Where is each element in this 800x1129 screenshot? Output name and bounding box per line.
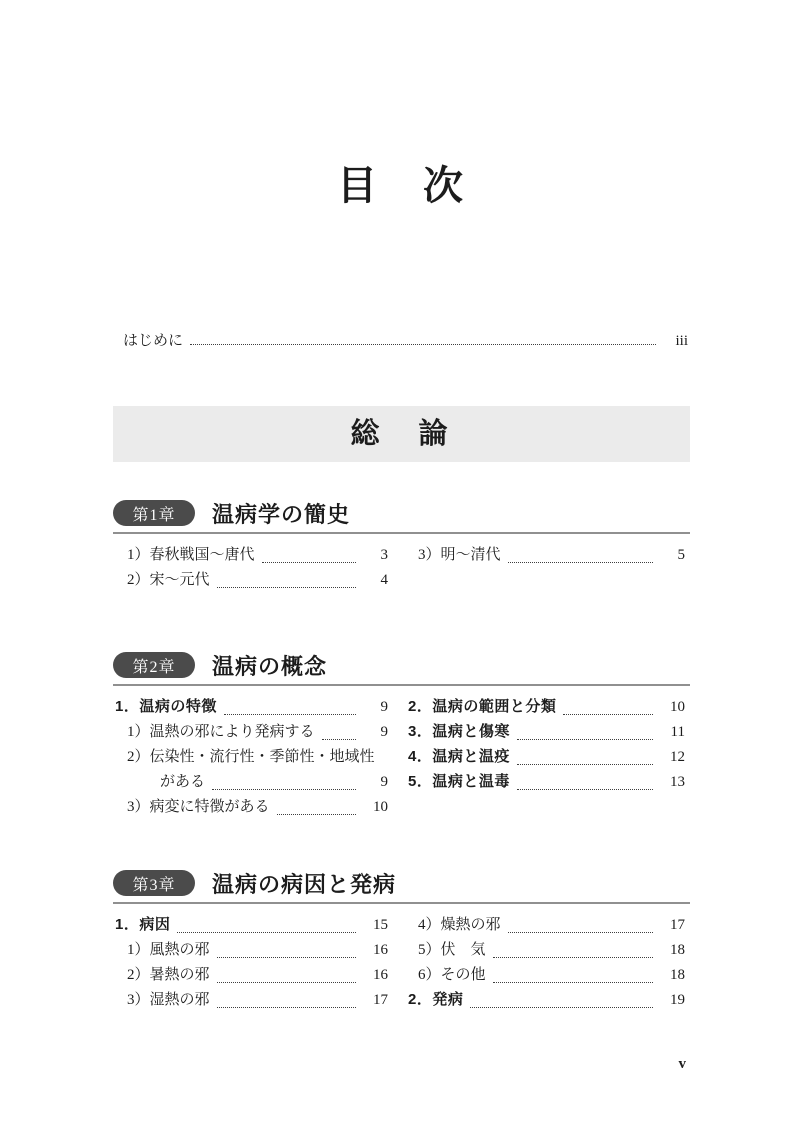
dotted-leader (217, 957, 356, 958)
toc-entry-page: 9 (362, 724, 388, 741)
toc-entry-page: 17 (362, 992, 388, 1009)
dotted-leader (277, 814, 356, 815)
dotted-leader (212, 789, 356, 790)
toc-entry-page: 17 (659, 917, 685, 934)
toc-entry-page: 19 (659, 992, 685, 1009)
toc-entry-page: 10 (362, 799, 388, 816)
entry-column-left: 1．温病の特徴 9 1）温熱の邪により発病する 9 2）伝染性・流行性・季節性・… (115, 695, 388, 820)
divider-line (113, 684, 690, 686)
chapter-badge: 第1章 (113, 500, 195, 526)
toc-entry-label: 2）宋～元代 (127, 568, 210, 589)
entry-column-left: 1）春秋戦国～唐代 3 2）宋～元代 4 (115, 543, 388, 593)
part-banner-title: 総 論 (350, 418, 452, 450)
entry-columns: 1．病因 15 1）風熱の邪 16 2）暑熱の邪 16 3）湿熱の邪 (113, 913, 690, 1013)
dotted-leader (262, 562, 356, 563)
chapter-section-3: 第3章 温病の病因と発病 1．病因 15 1）風熱の邪 16 2）暑熱の邪 (113, 869, 690, 1013)
dotted-leader (224, 714, 356, 715)
toc-entry-page: 10 (659, 699, 685, 716)
toc-entry-label: 4．温病と温疫 (408, 745, 510, 766)
toc-entry: 2．温病の範囲と分類 10 (408, 695, 685, 720)
dotted-leader (517, 789, 653, 790)
toc-entry: 4．温病と温疫 12 (408, 745, 685, 770)
toc-entry-page: 13 (659, 774, 685, 791)
entry-column-right: 3）明～清代 5 (408, 543, 685, 593)
toc-entry-label: 5）伏 気 (418, 938, 486, 959)
toc-page: 目 次 はじめに iii 総 論 第1章 温病学の簡史 1）春秋戦国～唐代 3 … (0, 0, 800, 1129)
dotted-leader (493, 982, 653, 983)
toc-entry-label: 1）温熱の邪により発病する (127, 720, 315, 741)
toc-entry: 5）伏 気 18 (408, 938, 685, 963)
toc-entry-page: 15 (362, 917, 388, 934)
toc-entry: 3）明～清代 5 (408, 543, 685, 568)
toc-entry-label: 3）明～清代 (418, 543, 501, 564)
toc-entry-page: 16 (362, 967, 388, 984)
entry-columns: 1．温病の特徴 9 1）温熱の邪により発病する 9 2）伝染性・流行性・季節性・… (113, 695, 690, 820)
entry-column-right: 2．温病の範囲と分類 10 3．温病と傷寒 11 4．温病と温疫 12 5．温病… (408, 695, 685, 820)
toc-entry-page: 3 (362, 547, 388, 564)
chapter-title: 温病の概念 (212, 650, 327, 681)
toc-entry: 1）温熱の邪により発病する 9 (115, 720, 388, 745)
dotted-leader (217, 982, 356, 983)
toc-entry-label: 2．発病 (408, 988, 463, 1009)
dotted-leader (217, 1007, 356, 1008)
toc-entry-page: 5 (659, 547, 685, 564)
toc-entry-continuation: がある 9 (115, 770, 388, 795)
dotted-leader (563, 714, 653, 715)
toc-entry: 2）伝染性・流行性・季節性・地域性 (115, 745, 388, 770)
toc-entry-label: がある (160, 770, 205, 791)
chapter-title: 温病の病因と発病 (212, 868, 396, 899)
dotted-leader (217, 587, 356, 588)
toc-entry: 3．温病と傷寒 11 (408, 720, 685, 745)
toc-entry-page: 9 (362, 774, 388, 791)
toc-entry-label: 4）燥熱の邪 (418, 913, 501, 934)
toc-entry: 3）病変に特徴がある 10 (115, 795, 388, 820)
frontmatter-page: iii (662, 333, 688, 350)
dotted-leader (190, 344, 656, 345)
toc-entry: 2）暑熱の邪 16 (115, 963, 388, 988)
frontmatter-label: はじめに (123, 329, 183, 350)
toc-entry-page: 11 (659, 724, 685, 741)
divider-line (113, 532, 690, 534)
toc-entry-label: 3）湿熱の邪 (127, 988, 210, 1009)
toc-entry: 1．病因 15 (115, 913, 388, 938)
toc-entry: 1）春秋戦国～唐代 3 (115, 543, 388, 568)
page-title: 目 次 (113, 154, 690, 211)
toc-entry-page: 9 (362, 699, 388, 716)
frontmatter-row: はじめに iii (123, 329, 688, 350)
entry-column-left: 1．病因 15 1）風熱の邪 16 2）暑熱の邪 16 3）湿熱の邪 (115, 913, 388, 1013)
toc-entry-label: 3）病変に特徴がある (127, 795, 270, 816)
toc-entry-label: 2．温病の範囲と分類 (408, 695, 556, 716)
entry-column-right: 4）燥熱の邪 17 5）伏 気 18 6）その他 18 2．発病 (408, 913, 685, 1013)
toc-entry-label: 1．温病の特徴 (115, 695, 217, 716)
chapter-badge: 第2章 (113, 652, 195, 678)
toc-entry-page: 16 (362, 942, 388, 959)
toc-entry-page: 18 (659, 942, 685, 959)
dotted-leader (177, 932, 356, 933)
toc-entry-label: 6）その他 (418, 963, 486, 984)
dotted-leader (517, 739, 653, 740)
entry-columns: 1）春秋戦国～唐代 3 2）宋～元代 4 3）明～清代 5 (113, 543, 690, 593)
part-banner: 総 論 (113, 406, 690, 462)
folio-page-number: v (113, 1056, 686, 1073)
chapter-header: 第2章 温病の概念 (113, 651, 690, 679)
toc-entry: 2．発病 19 (408, 988, 685, 1013)
chapter-title: 温病学の簡史 (212, 498, 350, 529)
chapter-section-1: 第1章 温病学の簡史 1）春秋戦国～唐代 3 2）宋～元代 4 3）明～清代 (113, 499, 690, 593)
toc-entry: 4）燥熱の邪 17 (408, 913, 685, 938)
toc-entry-page: 4 (362, 572, 388, 589)
dotted-leader (470, 1007, 653, 1008)
dotted-leader (322, 739, 356, 740)
toc-entry-label: 1）風熱の邪 (127, 938, 210, 959)
toc-entry: 1．温病の特徴 9 (115, 695, 388, 720)
toc-entry: 5．温病と温毒 13 (408, 770, 685, 795)
dotted-leader (508, 932, 653, 933)
toc-entry: 2）宋～元代 4 (115, 568, 388, 593)
toc-entry: 3）湿熱の邪 17 (115, 988, 388, 1013)
toc-entry: 1）風熱の邪 16 (115, 938, 388, 963)
dotted-leader (493, 957, 653, 958)
toc-entry-page: 18 (659, 967, 685, 984)
toc-entry-label: 2）伝染性・流行性・季節性・地域性 (127, 745, 375, 766)
dotted-leader (517, 764, 653, 765)
chapter-section-2: 第2章 温病の概念 1．温病の特徴 9 1）温熱の邪により発病する 9 2）伝染… (113, 651, 690, 820)
chapter-header: 第1章 温病学の簡史 (113, 499, 690, 527)
toc-entry-label: 5．温病と温毒 (408, 770, 510, 791)
toc-entry-label: 1）春秋戦国～唐代 (127, 543, 255, 564)
toc-entry-label: 2）暑熱の邪 (127, 963, 210, 984)
dotted-leader (508, 562, 653, 563)
toc-entry-label: 3．温病と傷寒 (408, 720, 510, 741)
toc-entry-label: 1．病因 (115, 913, 170, 934)
toc-entry: 6）その他 18 (408, 963, 685, 988)
divider-line (113, 902, 690, 904)
chapter-header: 第3章 温病の病因と発病 (113, 869, 690, 897)
toc-entry-page: 12 (659, 749, 685, 766)
chapter-badge: 第3章 (113, 870, 195, 896)
